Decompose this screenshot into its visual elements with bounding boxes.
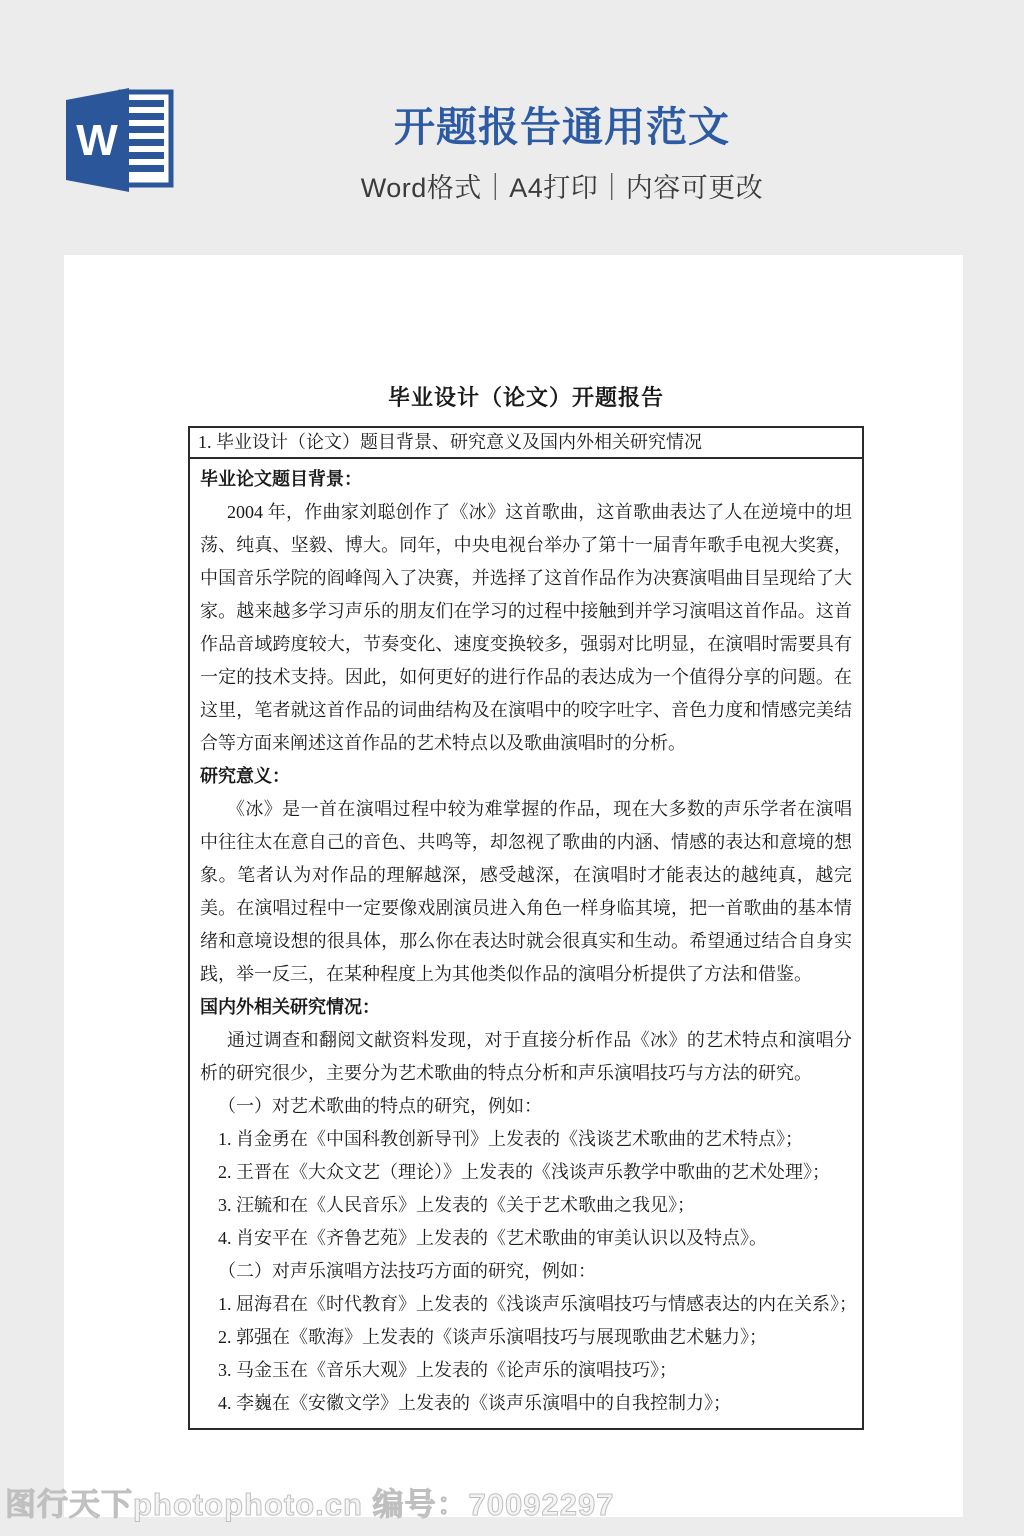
svg-text:W: W	[76, 116, 118, 165]
table-header-row: 1. 毕业设计（论文）题目背景、研究意义及国内外相关研究情况	[190, 428, 862, 459]
paragraph: 《冰》是一首在演唱过程中较为难掌握的作品，现在大多数的声乐学者在演唱中往往太在意…	[200, 793, 852, 991]
table-body-cell: 毕业论文题目背景： 2004 年，作曲家刘聪创作了《冰》这首歌曲，这首歌曲表达了…	[190, 459, 862, 1428]
list-item: 3. 汪毓和在《人民音乐》上发表的《关于艺术歌曲之我见》；	[200, 1189, 852, 1222]
group-label: （一）对艺术歌曲的特点的研究，例如：	[200, 1090, 852, 1123]
paragraph: 2004 年，作曲家刘聪创作了《冰》这首歌曲，这首歌曲表达了人在逆境中的坦荡、纯…	[200, 496, 852, 760]
template-title: 开题报告通用范文	[361, 94, 764, 153]
list-item: 1. 肖金勇在《中国科教创新导刊》上发表的《浅谈艺术歌曲的艺术特点》；	[200, 1123, 852, 1156]
site-watermark: 图行天下photophoto.cn 编号：70092297	[5, 1479, 614, 1524]
word-icon: W	[63, 85, 177, 195]
list-item: 1. 屈海君在《时代教育》上发表的《浅谈声乐演唱技巧与情感表达的内在关系》；	[200, 1288, 852, 1321]
banner-titles: 开题报告通用范文 Word格式｜A4打印｜内容可更改	[361, 94, 764, 205]
document-title: 毕业设计（论文）开题报告	[188, 255, 864, 412]
list-item: 2. 郭强在《歌海》上发表的《谈声乐演唱技巧与展现歌曲艺术魅力》；	[200, 1321, 852, 1354]
report-table: 1. 毕业设计（论文）题目背景、研究意义及国内外相关研究情况 毕业论文题目背景：…	[188, 426, 864, 1430]
top-banner: W 开题报告通用范文 Word格式｜A4打印｜内容可更改	[0, 0, 1024, 255]
list-item: 4. 李巍在《安徽文学》上发表的《谈声乐演唱中的自我控制力》；	[200, 1387, 852, 1420]
document-content: 毕业设计（论文）开题报告 1. 毕业设计（论文）题目背景、研究意义及国内外相关研…	[188, 255, 864, 1430]
section-heading: 研究意义：	[200, 760, 852, 793]
list-item: 2. 王晋在《大众文艺（理论）》上发表的《浅谈声乐教学中歌曲的艺术处理》；	[200, 1156, 852, 1189]
section-heading: 国内外相关研究情况：	[200, 991, 852, 1024]
group-label: （二）对声乐演唱方法技巧方面的研究，例如：	[200, 1255, 852, 1288]
section-heading: 毕业论文题目背景：	[200, 463, 852, 496]
list-item: 4. 肖安平在《齐鲁艺苑》上发表的《艺术歌曲的审美认识以及特点》。	[200, 1222, 852, 1255]
template-subtitle: Word格式｜A4打印｜内容可更改	[361, 166, 764, 205]
paragraph: 通过调查和翻阅文献资料发现，对于直接分析作品《冰》的艺术特点和演唱分析的研究很少…	[200, 1024, 852, 1090]
document-page: 毕业设计（论文）开题报告 1. 毕业设计（论文）题目背景、研究意义及国内外相关研…	[64, 255, 963, 1517]
list-item: 3. 马金玉在《音乐大观》上发表的《论声乐的演唱技巧》；	[200, 1354, 852, 1387]
